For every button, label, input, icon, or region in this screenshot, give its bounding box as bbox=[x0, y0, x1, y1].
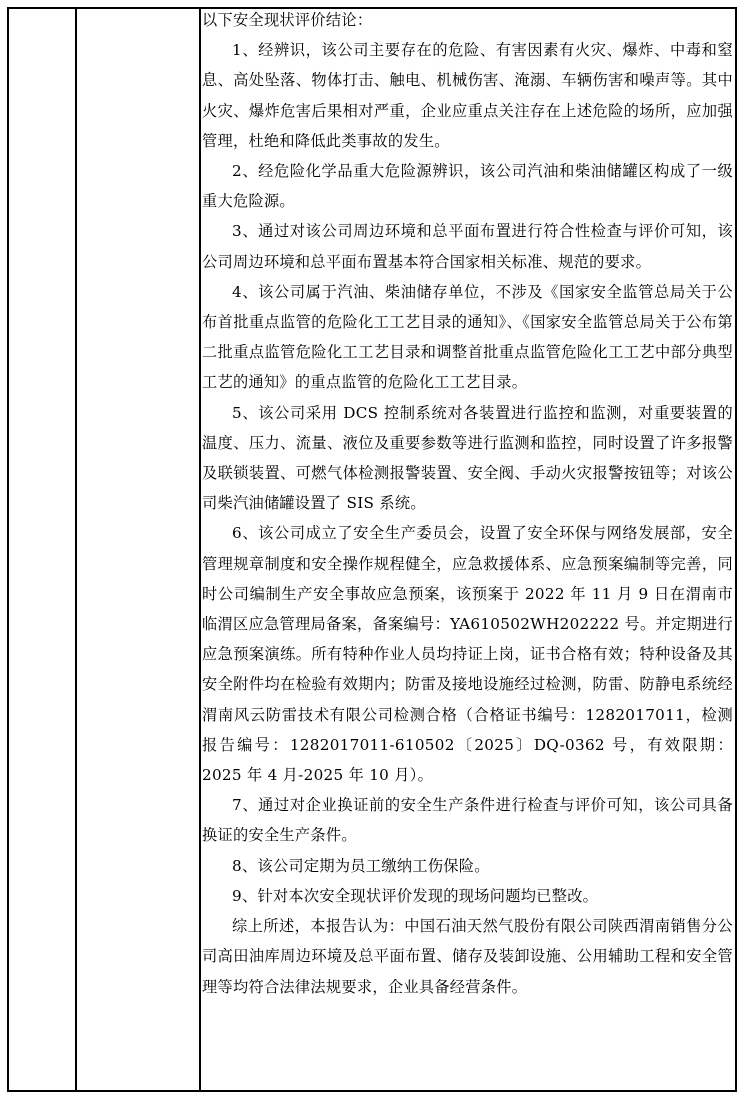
conclusion-item-4: 4、该公司属于汽油、柴油储存单位，不涉及《国家安全监管总局关于公布首批重点监管的… bbox=[202, 277, 733, 398]
intro-text: 以下安全现状评价结论： bbox=[202, 5, 733, 35]
conclusion-item-5: 5、该公司采用 DCS 控制系统对各装置进行监控和监测，对重要装置的温度、压力、… bbox=[202, 398, 733, 519]
table-cell-empty-2 bbox=[77, 9, 201, 1090]
table-cell-content: 以下安全现状评价结论： 1、经辨识，该公司主要存在的危险、有害因素有火灾、爆炸、… bbox=[201, 9, 735, 1090]
conclusion-item-3: 3、通过对该公司周边环境和总平面布置进行符合性检查与评价可知，该公司周边环境和总… bbox=[202, 216, 733, 276]
table-cell-empty-1 bbox=[9, 9, 77, 1090]
conclusion-item-7: 7、通过对企业换证前的安全生产条件进行检查与评价可知，该公司具备换证的安全生产条… bbox=[202, 790, 733, 850]
conclusion-item-6: 6、该公司成立了安全生产委员会，设置了安全环保与网络发展部，安全管理规章制度和安… bbox=[202, 518, 733, 790]
conclusion-item-2: 2、经危险化学品重大危险源辨识，该公司汽油和柴油储罐区构成了一级重大危险源。 bbox=[202, 156, 733, 216]
summary-text: 综上所述，本报告认为：中国石油天然气股份有限公司陕西渭南销售分公司高田油库周边环… bbox=[202, 911, 733, 1002]
conclusion-item-8: 8、该公司定期为员工缴纳工伤保险。 bbox=[202, 851, 733, 881]
conclusion-item-9: 9、针对本次安全现状评价发现的现场问题均已整改。 bbox=[202, 881, 733, 911]
conclusion-table: 以下安全现状评价结论： 1、经辨识，该公司主要存在的危险、有害因素有火灾、爆炸、… bbox=[7, 7, 737, 1092]
conclusion-item-1: 1、经辨识，该公司主要存在的危险、有害因素有火灾、爆炸、中毒和窒息、高处坠落、物… bbox=[202, 35, 733, 156]
